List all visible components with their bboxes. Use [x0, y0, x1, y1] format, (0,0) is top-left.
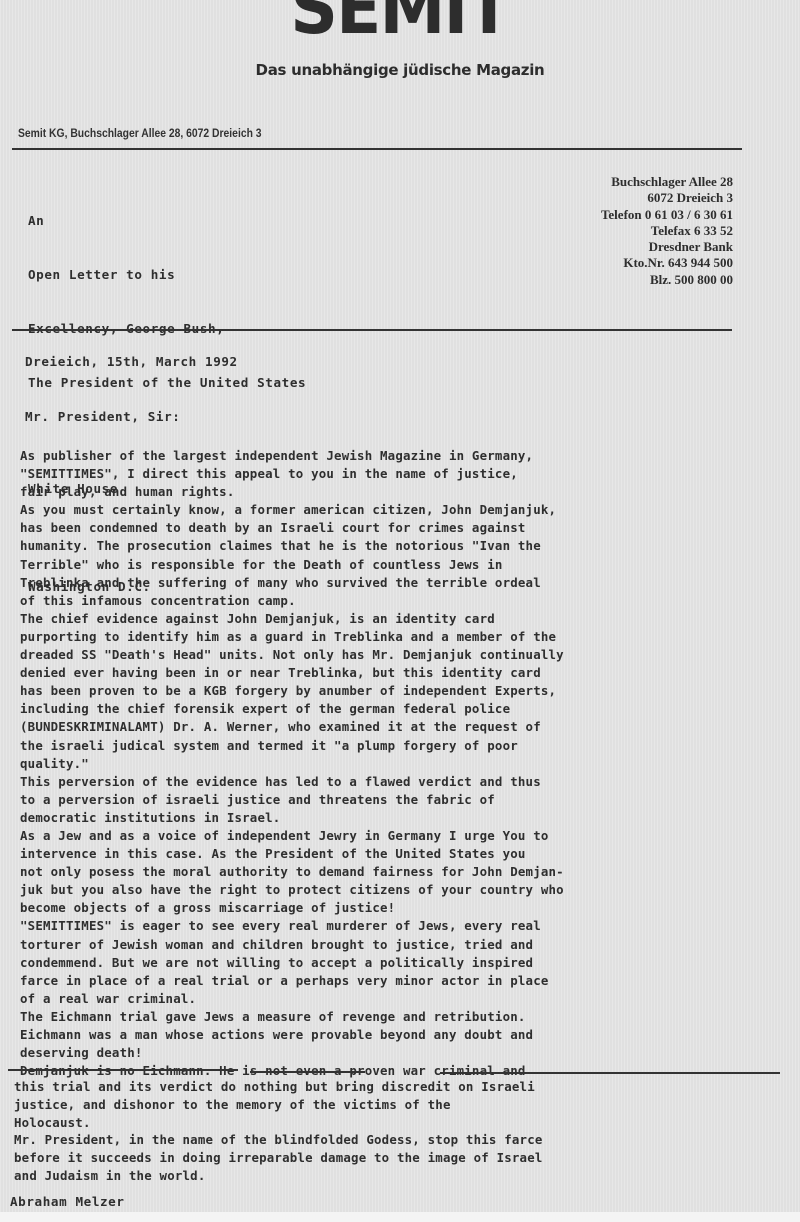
body-line: The Eichmann trial gave Jews a measure o… [20, 1008, 564, 1026]
body-line: has been proven to be a KGB forgery by a… [20, 682, 564, 700]
recipient-line: An [28, 212, 306, 230]
letter-date: Dreieich, 15th, March 1992 [25, 354, 238, 369]
sender-return-address: Semit KG, Buchschlager Allee 28, 6072 Dr… [18, 128, 262, 140]
contact-fax: Telefax 6 33 52 [601, 223, 733, 239]
body-line: torturer of Jewish woman and children br… [20, 936, 564, 954]
letter-body: As publisher of the largest independent … [20, 447, 564, 1080]
spacer [28, 428, 306, 444]
body-line: juk but you also have the right to prote… [20, 881, 564, 899]
signature: Abraham Melzer [10, 1194, 125, 1209]
body-line: purporting to identify him as a guard in… [20, 628, 564, 646]
body-line: has been condemned to death by an Israel… [20, 519, 564, 537]
body-line: (BUNDESKRIMINALAMT) Dr. A. Werner, who e… [20, 718, 564, 736]
body-line: the israeli judical system and termed it… [20, 737, 564, 755]
body-line: not only posess the moral authority to d… [20, 863, 564, 881]
body-line: deserving death! [20, 1044, 564, 1062]
recipient-line: Open Letter to his [28, 266, 306, 284]
body-line: democratic institutions in Israel. [20, 809, 564, 827]
body-line: The chief evidence against John Demjanju… [20, 610, 564, 628]
letter-body-continued: this trial and its verdict do nothing bu… [14, 1078, 543, 1185]
body-line: Terrible" who is responsible for the Dea… [20, 556, 564, 574]
body-line: quality." [20, 755, 564, 773]
body-line: of this infamous concentration camp. [20, 592, 564, 610]
header-divider [12, 148, 742, 150]
body-line: Eichmann was a man whose actions were pr… [20, 1026, 564, 1044]
body-line: become objects of a gross miscarriage of… [20, 899, 564, 917]
body-line: justice, and dishonor to the memory of t… [14, 1096, 543, 1114]
contact-city: 6072 Dreieich 3 [601, 190, 733, 206]
body-line: As publisher of the largest independent … [20, 447, 564, 465]
body-line: "SEMITTIMES" is eager to see every real … [20, 917, 564, 935]
body-line: "SEMITTIMES", I direct this appeal to yo… [20, 465, 564, 483]
body-line: to a perversion of israeli justice and t… [20, 791, 564, 809]
address-divider [12, 329, 732, 331]
body-line: Mr. President, in the name of the blindf… [14, 1131, 543, 1149]
letterhead-contact-block: Buchschlager Allee 28 6072 Dreieich 3 Te… [601, 174, 733, 288]
body-line: This perversion of the evidence has led … [20, 773, 564, 791]
body-line: Treblinka and the suffering of many who … [20, 574, 564, 592]
contact-phone: Telefon 0 61 03 / 6 30 61 [601, 207, 733, 223]
body-line: denied ever having been in or near Trebl… [20, 664, 564, 682]
body-line: and Judaism in the world. [14, 1167, 543, 1185]
fold-line [8, 1069, 238, 1071]
body-line: of a real war criminal. [20, 990, 564, 1008]
contact-street: Buchschlager Allee 28 [601, 174, 733, 190]
body-line: farce in place of a real trial or a perh… [20, 972, 564, 990]
body-line: Holocaust. [14, 1114, 543, 1132]
contact-bank: Dresdner Bank [601, 239, 733, 255]
body-line: dreaded SS "Death's Head" units. Not onl… [20, 646, 564, 664]
body-line: intervence in this case. As the Presiden… [20, 845, 564, 863]
magazine-logo: SEMIT [32, 0, 768, 50]
scanned-letter-page: SEMIT Das unabhängige jüdische Magazin S… [0, 0, 800, 1222]
body-line: fair play, and human rights. [20, 483, 564, 501]
recipient-line: The President of the United States [28, 374, 306, 392]
body-line: before it succeeds in doing irreparable … [14, 1149, 543, 1167]
letter-salutation: Mr. President, Sir: [25, 409, 180, 424]
body-line: humanity. The prosecution claimes that h… [20, 537, 564, 555]
magazine-tagline: Das unabhängige jüdische Magazin [0, 61, 800, 79]
body-line: this trial and its verdict do nothing bu… [14, 1078, 543, 1096]
body-line: As a Jew and as a voice of independent J… [20, 827, 564, 845]
fold-line [440, 1072, 780, 1074]
contact-account-number: Kto.Nr. 643 944 500 [601, 255, 733, 271]
fold-line [250, 1071, 365, 1073]
contact-bank-code: Blz. 500 800 00 [601, 272, 733, 288]
body-line: condemmend. But we are not willing to ac… [20, 954, 564, 972]
body-line: including the chief forensik expert of t… [20, 700, 564, 718]
body-line: As you must certainly know, a former ame… [20, 501, 564, 519]
